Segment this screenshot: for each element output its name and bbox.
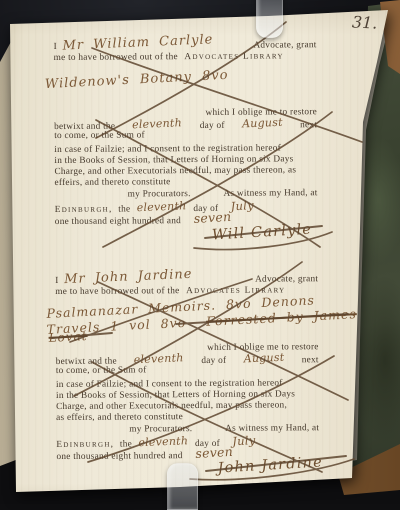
form2-witness-line: my Procurators. As witness my Hand, at — [129, 423, 319, 435]
form2-day-of: day of — [201, 356, 226, 367]
borrowing-form-2: I Mr John Jardine Advocate, grant me to … — [0, 0, 400, 504]
form2-failzie-line-3: Charge, and other Executorials needful, … — [56, 400, 287, 412]
mounting-clip-bottom — [167, 463, 198, 504]
form2-witness-text: As witness my Hand, at — [225, 423, 319, 434]
form2-return-month-handwritten: August — [243, 352, 284, 366]
form2-borrowed-text: me to have borrowed out of the — [55, 286, 179, 297]
form2-failzie-line-4: as effeirs, and thereto constitute — [56, 412, 183, 424]
form2-thousand: one thousand eight hundred and — [56, 451, 182, 462]
form2-year-word-handwritten: seven — [195, 445, 233, 462]
form2-borrower-name-handwritten: Mr John Jardine — [64, 268, 193, 288]
form2-opening-word: I — [55, 276, 58, 287]
photographed-library-register-page: 31. I Mr William Carlyle Advocate, grant… — [0, 0, 400, 504]
mounting-clip-top — [256, 0, 283, 38]
form2-next: next — [302, 355, 319, 366]
form2-advocate-grant: Advocate, grant — [255, 274, 318, 285]
form2-year-line: one thousand eight hundred and seven — [56, 447, 233, 463]
form2-to-come-line: to come, or the Sum of — [56, 365, 147, 376]
form2-signed-month-handwritten: July — [232, 434, 256, 449]
form2-book-titles-line3-struck: Lovat — [48, 329, 88, 345]
